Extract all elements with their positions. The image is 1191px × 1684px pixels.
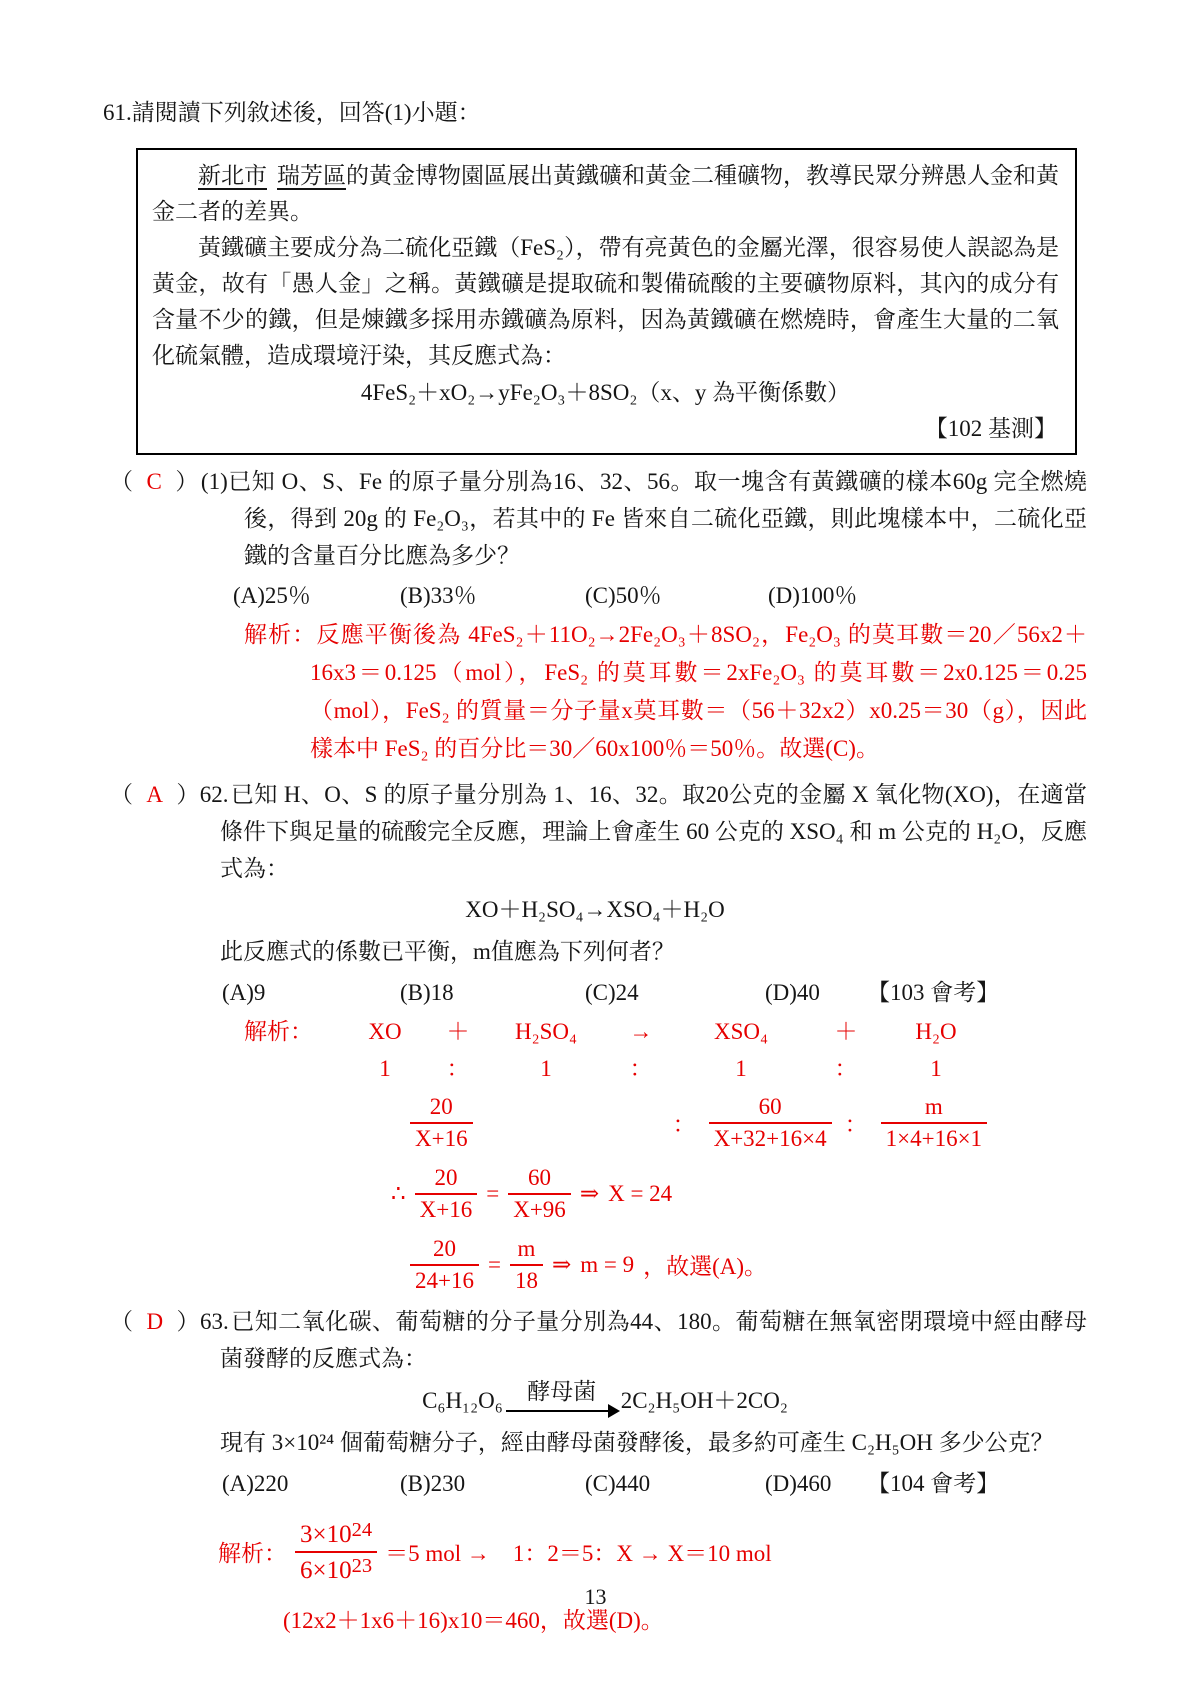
answer-open-paren: （ — [110, 469, 134, 494]
step-result: m = 9 — [580, 1252, 634, 1278]
fraction-numerator: 20 — [415, 1164, 478, 1193]
exam-page: 61.請閱讀下列敘述後，回答(1)小題： 新北市瑞芳區的黃金博物園區展出黃鐵礦和… — [0, 0, 1191, 1684]
option-c: (C)50％ — [585, 576, 768, 616]
eq-term: XO — [340, 1013, 430, 1050]
ratio-term: 1 — [486, 1050, 606, 1087]
passage-source-tag: 【102 基測】 — [152, 411, 1059, 447]
question-62-equation: XO＋H₂SO₄→XSO₄＋H₂O — [103, 890, 1087, 930]
ratio-term: ： — [606, 1050, 676, 1087]
option-d: (D)460 — [765, 1464, 867, 1504]
proper-noun-ruifang: 瑞芳區 — [277, 163, 346, 188]
ratio-term: 1 — [676, 1050, 806, 1087]
fraction: 20X+16 — [415, 1164, 478, 1223]
option-a: (A)25％ — [233, 576, 400, 616]
question-62: （A）62.已知 H、O、S 的原子量分別為 1、16、32。取20公克的金屬 … — [110, 776, 1087, 887]
therefore-symbol: ∴ — [391, 1181, 406, 1207]
eq-term: ＋ — [430, 1013, 486, 1050]
eq-term: → — [606, 1013, 676, 1050]
fraction-numerator: 3×1024 — [295, 1518, 377, 1551]
fraction-numerator: 20 — [410, 1235, 479, 1264]
fraction: 20X+16 — [410, 1093, 473, 1152]
colon: ： — [673, 1106, 696, 1139]
passage-paragraph-2: 黃鐵礦主要成分為二硫化亞鐵（FeS₂），帶有亮黃色的金屬光澤，很容易使人誤認為是… — [152, 230, 1059, 374]
question-62-analysis-step1: ∴ 20X+16 = 60X+96 ⇒ X = 24 — [391, 1164, 1087, 1223]
question-62-analysis-proportion-row: 20X+16 ： 60X+32+16×4 ： m1×4+16×1 — [410, 1093, 1087, 1152]
question-61-heading: 61.請閱讀下列敘述後，回答(1)小題： — [103, 98, 1087, 128]
numerator-base: 3×10 — [300, 1521, 352, 1548]
implies-symbol: ⇒ — [580, 1181, 599, 1207]
colon: ： — [845, 1106, 868, 1139]
source-tag: 【104 會考】 — [867, 1464, 999, 1504]
ratio-term: ： — [430, 1050, 486, 1087]
question-62-text: 已知 H、O、S 的原子量分別為 1、16、32。取20公克的金屬 X 氧化物(… — [220, 782, 1087, 881]
option-c: (C)440 — [585, 1464, 765, 1504]
answer-letter: D — [133, 1309, 176, 1334]
question-63: （D）63.已知二氧化碳、葡萄糖的分子量分別為44、180。葡萄糖在無氧密閉環境… — [110, 1303, 1087, 1377]
fraction: 3×1024 6×1023 — [295, 1518, 377, 1586]
fraction: 60X+96 — [508, 1164, 571, 1223]
equals-sign: = — [486, 1181, 499, 1207]
fraction-denominator: 24+16 — [410, 1264, 479, 1295]
ratio-term: 1 — [340, 1050, 430, 1087]
ratio-term: ： — [806, 1050, 886, 1087]
fraction-denominator: 1×4+16×1 — [881, 1122, 987, 1153]
option-b: (B)18 — [400, 973, 585, 1013]
answer-open-paren: （ — [110, 1309, 133, 1334]
answer-close-paren: ） — [176, 782, 200, 807]
page-number: 13 — [0, 1584, 1191, 1610]
fraction-denominator: 18 — [510, 1264, 543, 1295]
analysis-label: 解析： — [218, 1535, 287, 1568]
passage-reaction-equation: 4FeS₂＋xO₂→yFe₂O₃＋8SO₂（x、y 為平衡係數） — [152, 375, 1059, 411]
fraction-numerator: 60 — [709, 1093, 832, 1122]
question-63-text: 已知二氧化碳、葡萄糖的分子量分別為44、180。葡萄糖在無氧密閉環境中經由酵母菌… — [220, 1309, 1087, 1371]
fraction-denominator: X+32+16×4 — [709, 1122, 832, 1153]
fraction: m1×4+16×1 — [881, 1093, 987, 1152]
analysis-text: 反應平衡後為 4FeS₂＋11O₂→2Fe₂O₃＋8SO₂，Fe₂O₃ 的莫耳數… — [310, 622, 1087, 761]
answer-letter: A — [133, 782, 176, 807]
passage-paragraph-1: 新北市瑞芳區的黃金博物園區展出黃鐵礦和黃金二種礦物，教導民眾分辨愚人金和黃金二者… — [152, 158, 1059, 230]
answer-open-paren: （ — [110, 782, 133, 807]
question-61-1-options: (A)25％ (B)33％ (C)50％ (D)100％ — [233, 576, 1087, 616]
fraction-numerator: 60 — [508, 1164, 571, 1193]
fraction-denominator: X+96 — [508, 1193, 571, 1224]
eq-term: H₂SO₄ — [486, 1013, 606, 1050]
analysis-label: 解析： — [244, 622, 316, 647]
arrow-icon — [506, 1410, 618, 1412]
spacer — [244, 1050, 340, 1087]
step-result: X = 24 — [608, 1181, 672, 1207]
question-62-prompt: 此反應式的係數已平衡，m值應為下列何者？ — [220, 933, 1087, 971]
reactant: C₆H₁₂O₆ — [422, 1386, 503, 1416]
fraction: m18 — [510, 1235, 543, 1294]
fraction: 2024+16 — [410, 1235, 479, 1294]
proper-noun-new-taipei: 新北市 — [198, 163, 267, 188]
answer-close-paren: ） — [176, 1309, 200, 1334]
option-a: (A)220 — [222, 1464, 400, 1504]
option-d: (D)100％ — [768, 576, 857, 616]
question-61-1-text: 已知 O、S、Fe 的原子量分別為16、32、56。取一塊含有黃鐵礦的樣本60g… — [228, 469, 1087, 568]
sub-question-label: (1) — [201, 469, 228, 494]
question-number: 62. — [200, 782, 229, 807]
question-62-analysis-step2: 2024+16 = m18 ⇒ m = 9 ，故選(A)。 — [410, 1235, 1087, 1294]
products: 2C₂H₅OH＋2CO₂ — [621, 1386, 788, 1416]
eq-term: H₂O — [886, 1013, 986, 1050]
option-b: (B)33％ — [400, 576, 585, 616]
fraction-numerator: 20 — [410, 1093, 473, 1122]
implies-symbol: ⇒ — [552, 1252, 571, 1278]
question-63-options: (A)220 (B)230 (C)440 (D)460 【104 會考】 — [222, 1464, 1087, 1504]
fraction-denominator: X+16 — [410, 1122, 473, 1153]
option-d: (D)40 — [765, 973, 867, 1013]
question-62-options: (A)9 (B)18 (C)24 (D)40 【103 會考】 — [222, 973, 1087, 1013]
reading-passage-box: 新北市瑞芳區的黃金博物園區展出黃鐵礦和黃金二種礦物，教導民眾分辨愚人金和黃金二者… — [136, 148, 1077, 455]
fraction-denominator: 6×1023 — [295, 1551, 377, 1586]
analysis-label: 解析： — [244, 1013, 340, 1050]
ratio-term: 1 — [886, 1050, 986, 1087]
equals-sign: = — [488, 1252, 501, 1278]
option-a: (A)9 — [222, 973, 400, 1013]
option-c: (C)24 — [585, 973, 765, 1013]
fraction-numerator: m — [510, 1235, 543, 1264]
question-62-analysis-equation-row: 解析： XO ＋ H₂SO₄ → XSO₄ ＋ H₂O 1 ： 1 ： 1 ： … — [244, 1013, 1087, 1087]
option-b: (B)230 — [400, 1464, 585, 1504]
fraction-numerator: m — [881, 1093, 987, 1122]
question-number: 63. — [200, 1309, 229, 1334]
page-content: 61.請閱讀下列敘述後，回答(1)小題： 新北市瑞芳區的黃金博物園區展出黃鐵礦和… — [0, 0, 1191, 1640]
fraction-denominator: X+16 — [415, 1193, 478, 1224]
conclusion-text: ，故選(A)。 — [643, 1248, 767, 1281]
eq-term: ＋ — [806, 1013, 886, 1050]
question-61-1-analysis: 解析：反應平衡後為 4FeS₂＋11O₂→2Fe₂O₃＋8SO₂，Fe₂O₃ 的… — [244, 616, 1087, 768]
answer-close-paren: ） — [175, 469, 199, 494]
fraction: 60X+32+16×4 — [709, 1093, 832, 1152]
analysis-line1-text: ＝5 mol → 1：2＝5：X → X＝10 mol — [385, 1535, 772, 1568]
eq-term: XSO₄ — [676, 1013, 806, 1050]
question-63-prompt: 現有 3×10²⁴ 個葡萄糖分子，經由酵母菌發酵後，最多約可產生 C₂H₅OH … — [220, 1424, 1087, 1462]
source-tag: 【103 會考】 — [867, 973, 999, 1013]
reaction-arrow: 酵母菌 — [506, 1379, 618, 1424]
denominator-base: 6×10 — [300, 1557, 352, 1584]
catalyst-label: 酵母菌 — [527, 1379, 596, 1405]
question-61-1: （C）(1)已知 O、S、Fe 的原子量分別為16、32、56。取一塊含有黃鐵礦… — [110, 463, 1087, 574]
numerator-exponent: 24 — [352, 1519, 373, 1541]
answer-letter: C — [134, 469, 175, 494]
denominator-exponent: 23 — [352, 1555, 373, 1577]
question-63-equation: C₆H₁₂O₆ 酵母菌 2C₂H₅OH＋2CO₂ — [123, 1379, 1087, 1424]
question-63-analysis-line1: 解析： 3×1024 6×1023 ＝5 mol → 1：2＝5：X → X＝1… — [218, 1518, 1087, 1586]
